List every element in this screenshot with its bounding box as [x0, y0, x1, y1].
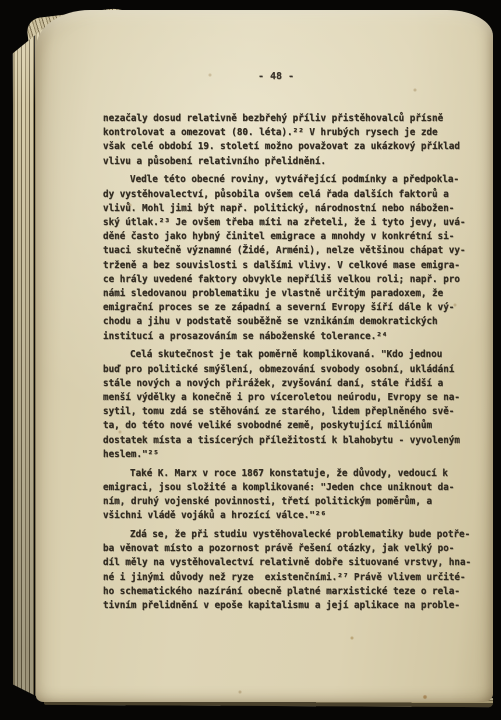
text-line: buď pro politické smýšlení, obmezování s… — [103, 363, 479, 377]
text-line: emigraci, jsou složité a komplikované: "… — [103, 481, 479, 495]
text-line: kontrolovat a omezovat (80. léta).²² V h… — [103, 126, 479, 140]
text-line: institucí a prosazováním se náboženské t… — [103, 330, 479, 344]
text-line: Celá skutečnost je tak poměrně komplikov… — [103, 348, 479, 362]
paragraph: Vedle této obecné roviny, vytvářející po… — [103, 173, 479, 343]
text-line: Zdá se, že při studiu vystěhovalecké pro… — [103, 528, 479, 542]
text-line: trženě a bez souvislosti s dalšími vlivy… — [103, 259, 479, 273]
text-line: vlivu a působení relativního přelidnění. — [103, 155, 479, 169]
text-line: děné často jako hybný činitel emigrace a… — [103, 230, 479, 244]
text-line: ho schematického nazírání obecně platné … — [103, 585, 479, 599]
text-line: chodu a jihu v podstatě souběžně se vzni… — [103, 315, 479, 329]
text-line: Vedle této obecné roviny, vytvářející po… — [103, 173, 479, 187]
text-line: ba věnovat místo a pozornost právě řešen… — [103, 542, 479, 556]
text-line: nezačaly dosud relativně bezbřehý příliv… — [103, 112, 479, 126]
text-line: všichni vládě vojáků a hrozící válce."²⁶ — [103, 509, 479, 523]
text-line: Také K. Marx v roce 1867 konstatuje, že … — [103, 467, 479, 481]
text-line: ním, druhý vojenské povinnosti, třetí po… — [103, 495, 479, 509]
text-line: tivním přelidnění v epoše kapitalismu a … — [103, 599, 479, 613]
text-line: vlivů. Mohl jimi být např. politický, ná… — [103, 202, 479, 216]
book-page: - 48 - nezačaly dosud relativně bezbřehý… — [36, 10, 493, 702]
text-line: menší výdělky a konečně i pro víceroleto… — [103, 391, 479, 405]
text-line: heslem."²⁵ — [103, 448, 479, 462]
text-line: stále nových a nových přirážek, zvyšován… — [103, 377, 479, 391]
paragraph: Zdá se, že při studiu vystěhovalecké pro… — [103, 528, 479, 613]
book-scan: - 48 - nezačaly dosud relativně bezbřehý… — [0, 0, 501, 720]
paragraph: Celá skutečnost je tak poměrně komplikov… — [103, 348, 479, 462]
text-line: né i jinými důvody než ryze existenčními… — [103, 571, 479, 585]
scan-root: { "page": { "number_label": "- 48 -", "p… — [0, 0, 501, 720]
text-line: však celé období 19. století možno považ… — [103, 140, 479, 154]
text-line: díl měly na vystěhovalectví relativně do… — [103, 556, 479, 570]
text-line: dy vystěhovalectví, působila ovšem celá … — [103, 188, 479, 202]
text-line: ský útlak.²³ Je ovšem třeba míti na zřet… — [103, 216, 479, 230]
page-number: - 48 - — [96, 70, 456, 84]
text-line: tuaci skutečně významné (Židé, Arméni), … — [103, 244, 479, 258]
text-line: dostatek místa a tisícerých příležitostí… — [103, 434, 479, 448]
text-line: ce hrály uvedené faktory obvykle nepříli… — [103, 273, 479, 287]
text-line: emigrační proces se ze západní a severní… — [103, 301, 479, 315]
paragraph: nezačaly dosud relativně bezbřehý příliv… — [103, 112, 479, 169]
paragraph: Také K. Marx v roce 1867 konstatuje, že … — [103, 467, 479, 524]
text-line: ta, do této nové veliké svobodné země, p… — [103, 419, 479, 433]
text-line: námi sledovanou problematiku je vlastně … — [103, 287, 479, 301]
text-line: sytil, tomu zdá se stěhování ze starého,… — [103, 405, 479, 419]
page-text-block: nezačaly dosud relativně bezbřehý příliv… — [103, 112, 479, 618]
